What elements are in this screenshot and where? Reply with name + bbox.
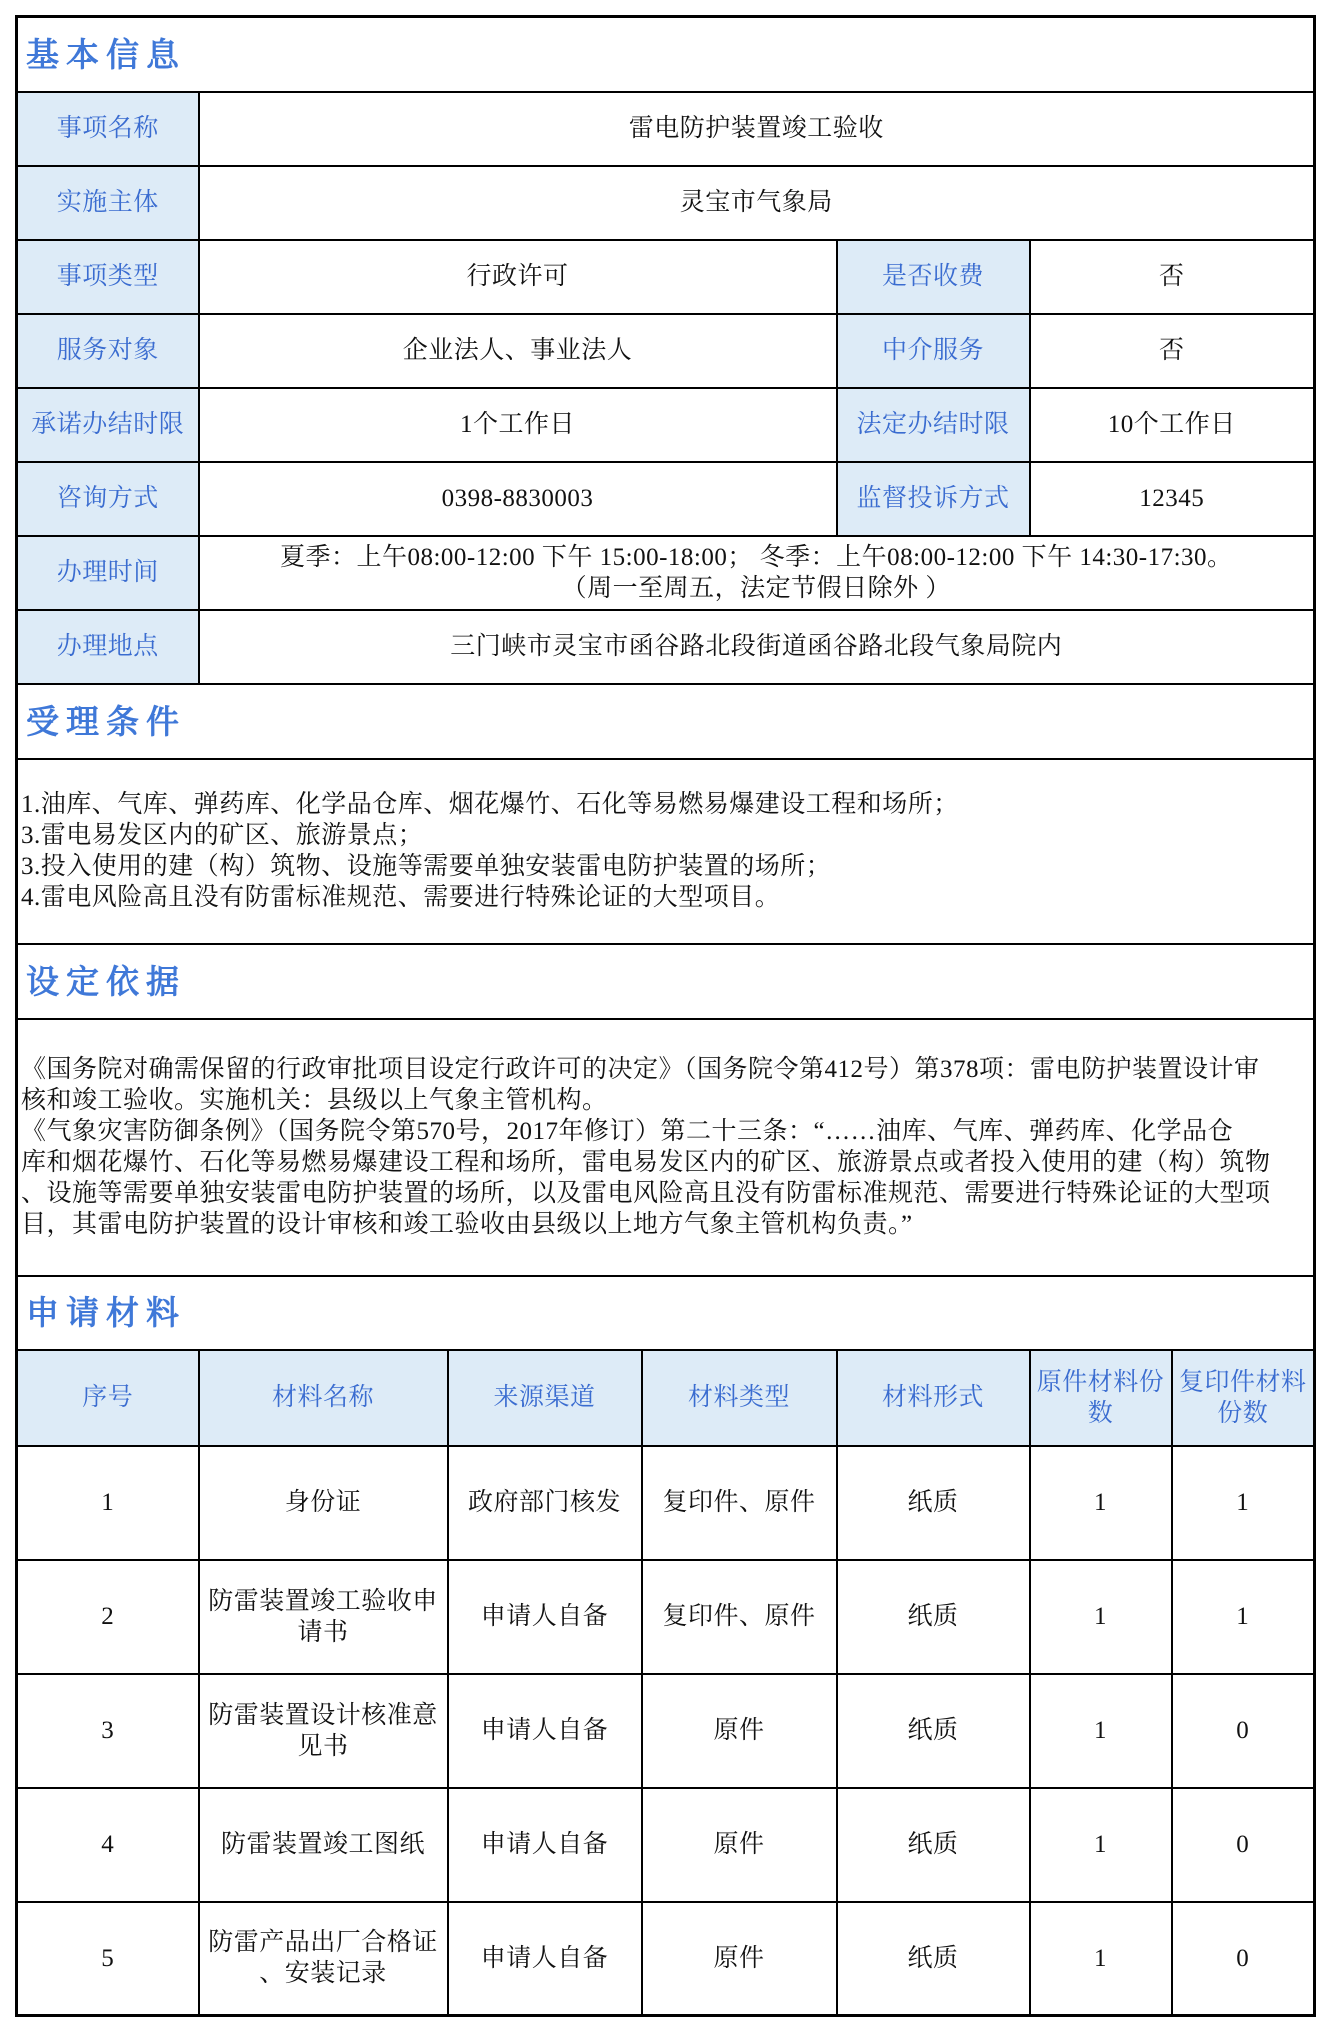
cell-index: 4 (17, 1788, 199, 1902)
value-office-hours: 夏季：上午08:00-12:00 下午 15:00-18:00； 冬季：上午08… (199, 536, 1315, 610)
table-row: 2 防雷装置竣工验收申请书 申请人自备 复印件、原件 纸质 1 1 (17, 1560, 1315, 1674)
cell-copy-count: 1 (1172, 1446, 1315, 1560)
cell-copy-count: 0 (1172, 1902, 1315, 2016)
value-consult-phone: 0398-8830003 (199, 462, 837, 536)
cell-original-count: 1 (1030, 1674, 1172, 1788)
label-complaint-method: 监督投诉方式 (837, 462, 1030, 536)
cell-name: 防雷装置竣工验收申请书 (199, 1560, 448, 1674)
cell-original-count: 1 (1030, 1902, 1172, 2016)
cell-index: 3 (17, 1674, 199, 1788)
cell-type: 原件 (642, 1902, 837, 2016)
section-title-legal-basis: 设定依据 (17, 944, 1315, 1019)
conditions-content-row: 1.油库、气库、弹药库、化学品仓库、烟花爆竹、石化等易燃易爆建设工程和场所； 3… (17, 759, 1315, 944)
label-service-target: 服务对象 (17, 314, 199, 388)
materials-header-row: 序号 材料名称 来源渠道 材料类型 材料形式 原件材料份数 复印件材料份数 (17, 1350, 1315, 1446)
legal-basis-content-row: 《国务院对确需保留的行政审批项目设定行政许可的决定》（国务院令第412号）第37… (17, 1019, 1315, 1276)
value-fee-charged: 否 (1030, 240, 1315, 314)
legal-basis-line: 目，其雷电防护装置的设计审核和竣工验收由县级以上地方气象主管机构负责。” (21, 1209, 1310, 1240)
legal-basis-line: 核和竣工验收。实施机关：县级以上气象主管机构。 (21, 1085, 1310, 1116)
cell-original-count: 1 (1030, 1788, 1172, 1902)
column-header-source: 来源渠道 (448, 1350, 642, 1446)
info-row-office-hours: 办理时间 夏季：上午08:00-12:00 下午 15:00-18:00； 冬季… (17, 536, 1315, 610)
label-address: 办理地点 (17, 610, 199, 684)
table-row: 1 身份证 政府部门核发 复印件、原件 纸质 1 1 (17, 1446, 1315, 1560)
condition-item: 3.投入使用的建（构）筑物、设施等需要单独安装雷电防护装置的场所； (21, 851, 1310, 882)
legal-basis-line: 库和烟花爆竹、石化等易燃易爆建设工程和场所，雷电易发区内的矿区、旅游景点或者投入… (21, 1147, 1310, 1178)
info-row-service-target: 服务对象 企业法人、事业法人 中介服务 否 (17, 314, 1315, 388)
basic-info-title-row: 基本信息 (17, 17, 1315, 92)
label-office-hours: 办理时间 (17, 536, 199, 610)
label-item-type: 事项类型 (17, 240, 199, 314)
label-promised-time-limit: 承诺办结时限 (17, 388, 199, 462)
legal-basis-line: 《国务院对确需保留的行政审批项目设定行政许可的决定》（国务院令第412号）第37… (21, 1054, 1310, 1085)
column-header-name: 材料名称 (199, 1350, 448, 1446)
column-header-original-count: 原件材料份数 (1030, 1350, 1172, 1446)
label-item-name: 事项名称 (17, 92, 199, 166)
conditions-title-row: 受理条件 (17, 684, 1315, 759)
info-row-item-type: 事项类型 行政许可 是否收费 否 (17, 240, 1315, 314)
value-complaint-phone: 12345 (1030, 462, 1315, 536)
info-row-time-limit: 承诺办结时限 1个工作日 法定办结时限 10个工作日 (17, 388, 1315, 462)
table-row: 4 防雷装置竣工图纸 申请人自备 原件 纸质 1 0 (17, 1788, 1315, 1902)
cell-original-count: 1 (1030, 1446, 1172, 1560)
cell-type: 复印件、原件 (642, 1446, 837, 1560)
column-header-copy-count: 复印件材料份数 (1172, 1350, 1315, 1446)
cell-source: 申请人自备 (448, 1674, 642, 1788)
info-row-implementing-body: 实施主体 灵宝市气象局 (17, 166, 1315, 240)
column-header-form: 材料形式 (837, 1350, 1030, 1446)
cell-copy-count: 0 (1172, 1788, 1315, 1902)
cell-index: 2 (17, 1560, 199, 1674)
label-consult-method: 咨询方式 (17, 462, 199, 536)
section-title-basic-info: 基本信息 (17, 17, 1315, 92)
label-fee-charged: 是否收费 (837, 240, 1030, 314)
cell-name: 身份证 (199, 1446, 448, 1560)
table-row: 5 防雷产品出厂合格证、安装记录 申请人自备 原件 纸质 1 0 (17, 1902, 1315, 2016)
cell-type: 复印件、原件 (642, 1560, 837, 1674)
cell-source: 申请人自备 (448, 1788, 642, 1902)
legal-basis-line: 《气象灾害防御条例》（国务院令第570号，2017年修订）第二十三条：“……油库… (21, 1116, 1310, 1147)
value-service-target: 企业法人、事业法人 (199, 314, 837, 388)
cell-name: 防雷装置竣工图纸 (199, 1788, 448, 1902)
cell-source: 申请人自备 (448, 1560, 642, 1674)
cell-source: 申请人自备 (448, 1902, 642, 2016)
section-title-materials: 申请材料 (17, 1276, 1315, 1350)
condition-item: 3.雷电易发区内的矿区、旅游景点； (21, 820, 1310, 851)
cell-form: 纸质 (837, 1446, 1030, 1560)
table-row: 3 防雷装置设计核准意见书 申请人自备 原件 纸质 1 0 (17, 1674, 1315, 1788)
service-info-sheet: 基本信息 事项名称 雷电防护装置竣工验收 实施主体 灵宝市气象局 事项类型 行政… (15, 15, 1316, 2017)
label-legal-time-limit: 法定办结时限 (837, 388, 1030, 462)
conditions-list: 1.油库、气库、弹药库、化学品仓库、烟花爆竹、石化等易燃易爆建设工程和场所； 3… (17, 759, 1315, 944)
office-hours-note: （周一至周五，法定节假日除外 ） (204, 573, 1310, 604)
cell-type: 原件 (642, 1788, 837, 1902)
cell-form: 纸质 (837, 1788, 1030, 1902)
info-row-item-name: 事项名称 雷电防护装置竣工验收 (17, 92, 1315, 166)
label-implementing-body: 实施主体 (17, 166, 199, 240)
info-row-contact: 咨询方式 0398-8830003 监督投诉方式 12345 (17, 462, 1315, 536)
condition-item: 1.油库、气库、弹药库、化学品仓库、烟花爆竹、石化等易燃易爆建设工程和场所； (21, 789, 1310, 820)
value-intermediary-service: 否 (1030, 314, 1315, 388)
value-item-type: 行政许可 (199, 240, 837, 314)
value-item-name: 雷电防护装置竣工验收 (199, 92, 1315, 166)
cell-type: 原件 (642, 1674, 837, 1788)
legal-basis-text: 《国务院对确需保留的行政审批项目设定行政许可的决定》（国务院令第412号）第37… (17, 1019, 1315, 1276)
cell-source: 政府部门核发 (448, 1446, 642, 1560)
section-title-conditions: 受理条件 (17, 684, 1315, 759)
materials-title-row: 申请材料 (17, 1276, 1315, 1350)
value-address: 三门峡市灵宝市函谷路北段街道函谷路北段气象局院内 (199, 610, 1315, 684)
cell-copy-count: 0 (1172, 1674, 1315, 1788)
cell-form: 纸质 (837, 1902, 1030, 2016)
label-intermediary-service: 中介服务 (837, 314, 1030, 388)
legal-basis-line: 、设施等需要单独安装雷电防护装置的场所，以及雷电风险高且没有防雷标准规范、需要进… (21, 1178, 1310, 1209)
condition-item: 4.雷电风险高且没有防雷标准规范、需要进行特殊论证的大型项目。 (21, 882, 1310, 913)
cell-index: 1 (17, 1446, 199, 1560)
cell-form: 纸质 (837, 1674, 1030, 1788)
office-hours-line: 夏季：上午08:00-12:00 下午 15:00-18:00； 冬季：上午08… (204, 542, 1310, 573)
cell-name: 防雷装置设计核准意见书 (199, 1674, 448, 1788)
cell-copy-count: 1 (1172, 1560, 1315, 1674)
value-promised-time-limit: 1个工作日 (199, 388, 837, 462)
cell-form: 纸质 (837, 1560, 1030, 1674)
value-implementing-body: 灵宝市气象局 (199, 166, 1315, 240)
column-header-index: 序号 (17, 1350, 199, 1446)
info-row-address: 办理地点 三门峡市灵宝市函谷路北段街道函谷路北段气象局院内 (17, 610, 1315, 684)
column-header-type: 材料类型 (642, 1350, 837, 1446)
cell-index: 5 (17, 1902, 199, 2016)
cell-name: 防雷产品出厂合格证、安装记录 (199, 1902, 448, 2016)
value-legal-time-limit: 10个工作日 (1030, 388, 1315, 462)
legal-basis-title-row: 设定依据 (17, 944, 1315, 1019)
cell-original-count: 1 (1030, 1560, 1172, 1674)
